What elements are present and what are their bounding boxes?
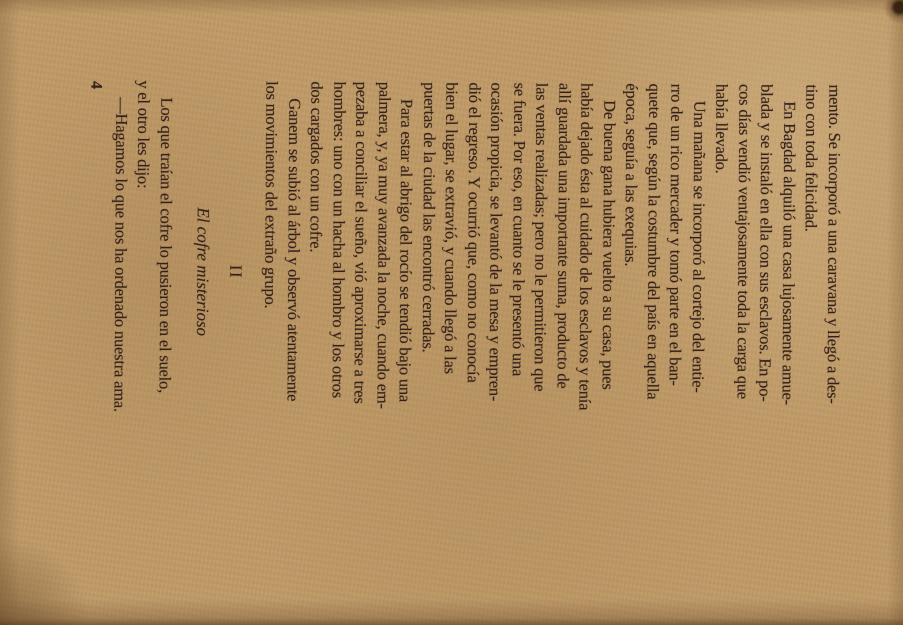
text-line: pezaba a conciliar el sueño, vió aproxim… [348, 82, 373, 474]
text-line: blada y se instaló en ella con sus escla… [753, 84, 778, 476]
text-line: —Hagamos lo que nos ha ordenado nuestra … [108, 80, 133, 472]
text-line: se fuera. Por eso, en cuanto se le prese… [506, 83, 531, 475]
text-line: De buena gana hubiera vuelto a su casa, … [596, 83, 621, 475]
page-number: 4 [86, 81, 104, 89]
text-line: mento. Se incorporó a una caravana y lle… [821, 85, 846, 477]
text-line: Para estar al abrigo del rocío se tendió… [393, 82, 418, 474]
text-column: mento. Se incorporó a una caravana y lle… [108, 80, 846, 476]
chapter-numeral: II [222, 81, 248, 463]
text-line: Una mañana se incorporó al cortejo del e… [686, 84, 711, 476]
book-page-photo: mento. Se incorporó a una caravana y lle… [0, 0, 903, 625]
text-line: época, seguía a las exequias. [618, 83, 643, 475]
text-line: había dejado ésta al cuidado de los escl… [573, 83, 598, 475]
text-line: hombres: uno con un hacha al hombro y lo… [326, 81, 351, 473]
text-line: puertas de la ciudad las encontró cerrad… [416, 82, 441, 474]
text-line: tino con toda felicidad. [798, 84, 823, 476]
text-line: y el otro les dijo: [130, 80, 155, 472]
text-line: ocasión propicia, se levantó de la mesa … [483, 82, 508, 474]
text-line: Ganem se subió al árbol y observó atenta… [281, 81, 306, 473]
text-line: dos cargados con un cofre. [303, 81, 328, 473]
text-line: allí guardada una importante suma, produ… [551, 83, 576, 475]
text-line: las ventas realizadas; pero no le permit… [528, 83, 553, 475]
text-line: dió el regreso. Y ocurrió que, como no c… [461, 82, 486, 474]
chapter-two-start-block: Los que traían el cofre lo pusieron en e… [108, 80, 178, 472]
text-line: Los que traían el cofre lo pusieron en e… [153, 80, 178, 472]
text-line: había llevado. [708, 84, 733, 476]
chapter-title: El cofre misterioso [189, 81, 215, 463]
text-line: quete que, según la costumbre del país e… [641, 83, 666, 475]
text-line: los movimientos del extraño grupo. [258, 81, 283, 473]
text-line: bien el lugar, se extravió, y cuando lle… [438, 82, 463, 474]
chapter-one-end-block: mento. Se incorporó a una caravana y lle… [258, 81, 845, 477]
text-line: rro de un rico mercader y tomó parte en … [663, 84, 688, 476]
text-line: En Bagdad alquiló una casa lujosamente a… [776, 84, 801, 476]
book-page: mento. Se incorporó a una caravana y lle… [0, 0, 903, 625]
text-line: cos días vendió ventajosamente toda la c… [731, 84, 756, 476]
text-line: palmera, y, ya muy avanzada la noche, cu… [371, 82, 396, 474]
